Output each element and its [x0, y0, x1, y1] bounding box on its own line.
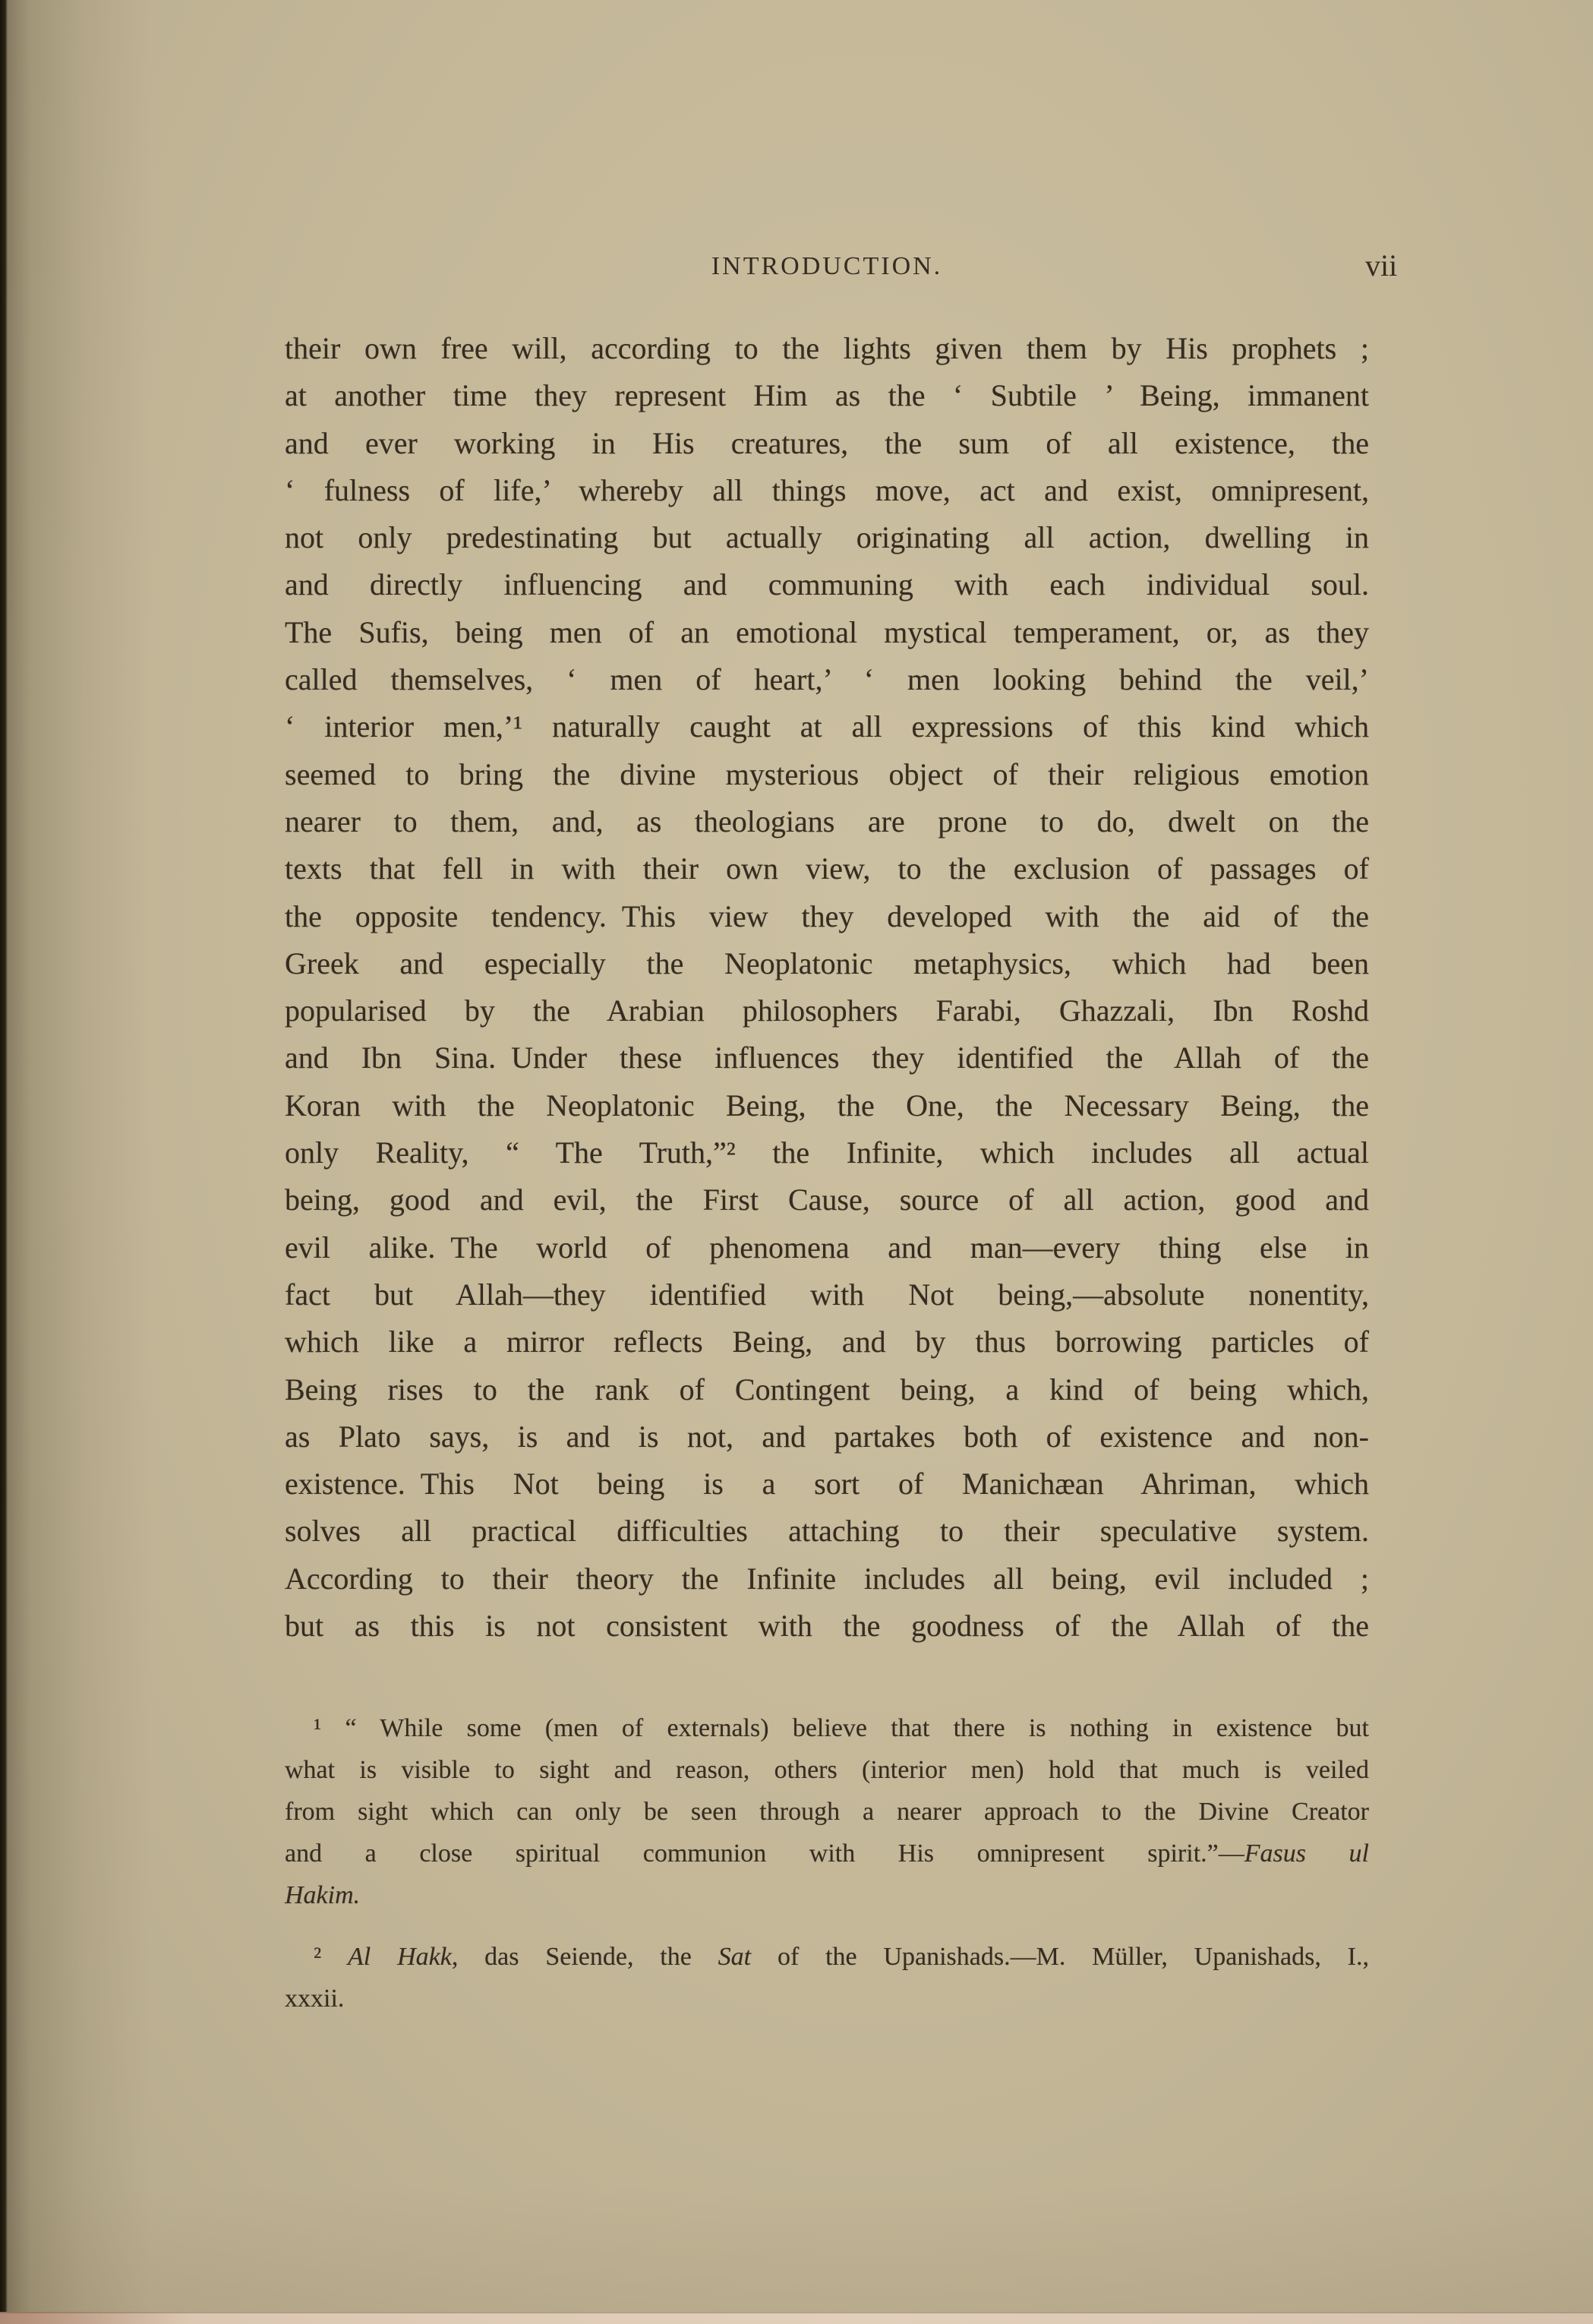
- text-line: not only predestinating but actually ori…: [285, 514, 1369, 561]
- footnote-text: ²: [314, 1943, 348, 1971]
- text-line: ‘ interior men,’¹ naturally caught at al…: [285, 703, 1369, 750]
- page-number: vii: [1365, 248, 1397, 283]
- footnote-line: from sight which can only be seen throug…: [285, 1791, 1369, 1833]
- footnote-line: what is visible to sight and reason, oth…: [285, 1749, 1369, 1791]
- text-line: ‘ fulness of life,’ whereby all things m…: [285, 467, 1369, 514]
- text-line: only Reality, “ The Truth,”² the Infinit…: [285, 1129, 1369, 1176]
- footnote-1: ¹ “ While some (men of externals) believ…: [285, 1707, 1369, 1916]
- text-line: According to their theory the Infinite i…: [285, 1555, 1369, 1602]
- text-line: which like a mirror reflects Being, and …: [285, 1318, 1369, 1366]
- footnote-line: ¹ “ While some (men of externals) believ…: [285, 1707, 1369, 1749]
- text-line: texts that fell in with their own view, …: [285, 845, 1369, 892]
- italic-text: Fasus ul: [1244, 1839, 1369, 1868]
- text-line: called themselves, ‘ men of heart,’ ‘ me…: [285, 656, 1369, 703]
- text-line: seemed to bring the divine mysterious ob…: [285, 751, 1369, 798]
- running-head-title: INTRODUCTION.: [285, 252, 1369, 281]
- footnote-2: ² Al Hakk, das Seiende, the Sat of the U…: [285, 1936, 1369, 2019]
- italic-text: Hakim.: [285, 1881, 360, 1909]
- text-line: as Plato says, is and is not, and partak…: [285, 1413, 1369, 1460]
- text-line: being, good and evil, the First Cause, s…: [285, 1176, 1369, 1224]
- text-line: but as this is not consistent with the g…: [285, 1602, 1369, 1650]
- text-line: and directly influencing and communing w…: [285, 561, 1369, 608]
- footnote-section: ¹ “ While some (men of externals) believ…: [285, 1707, 1369, 2039]
- text-line: The Sufis, being men of an emotional mys…: [285, 609, 1369, 656]
- footnote-text: what is visible to sight and reason, oth…: [285, 1756, 1369, 1784]
- footnote-text: , das Seiende, the: [452, 1943, 718, 1971]
- footnote-line: Hakim.: [285, 1874, 1369, 1916]
- footnote-text: xxxii.: [285, 1985, 344, 2013]
- footnote-text: of the Upanishads.—M. Müller, Upanishads…: [751, 1943, 1369, 1971]
- text-line: evil alike. The world of phenomena and m…: [285, 1224, 1369, 1271]
- footnote-line: and a close spiritual communion with His…: [285, 1833, 1369, 1874]
- paper-bottom-edge: [0, 2312, 1593, 2324]
- text-line: Being rises to the rank of Contingent be…: [285, 1366, 1369, 1413]
- body-text: their own free will, according to the li…: [285, 325, 1369, 1650]
- italic-text: Sat: [718, 1943, 751, 1971]
- book-page: INTRODUCTION. vii their own free will, a…: [0, 0, 1593, 2324]
- italic-text: Al Hakk: [348, 1943, 452, 1971]
- footnote-text: ¹ “ While some (men of externals) believ…: [314, 1714, 1369, 1742]
- text-line: solves all practical difficulties attach…: [285, 1508, 1369, 1555]
- text-line: existence. This Not being is a sort of M…: [285, 1460, 1369, 1508]
- text-line: their own free will, according to the li…: [285, 325, 1369, 372]
- binding-edge: [0, 0, 8, 2324]
- text-line: nearer to them, and, as theologians are …: [285, 798, 1369, 845]
- text-line: at another time they represent Him as th…: [285, 372, 1369, 419]
- footnote-text: and a close spiritual communion with His…: [285, 1839, 1244, 1868]
- text-line: and ever working in His creatures, the s…: [285, 420, 1369, 467]
- text-line: fact but Allah—they identified with Not …: [285, 1271, 1369, 1318]
- footnote-text: from sight which can only be seen throug…: [285, 1798, 1369, 1826]
- text-line: Greek and especially the Neoplatonic met…: [285, 940, 1369, 987]
- page-header: INTRODUCTION. vii: [285, 248, 1369, 286]
- text-line: Koran with the Neoplatonic Being, the On…: [285, 1082, 1369, 1129]
- text-line: and Ibn Sina. Under these influences the…: [285, 1034, 1369, 1081]
- text-line: the opposite tendency. This view they de…: [285, 893, 1369, 940]
- footnote-line: xxxii.: [285, 1978, 1369, 2019]
- text-line: popularised by the Arabian philosophers …: [285, 987, 1369, 1034]
- footnote-line: ² Al Hakk, das Seiende, the Sat of the U…: [285, 1936, 1369, 1978]
